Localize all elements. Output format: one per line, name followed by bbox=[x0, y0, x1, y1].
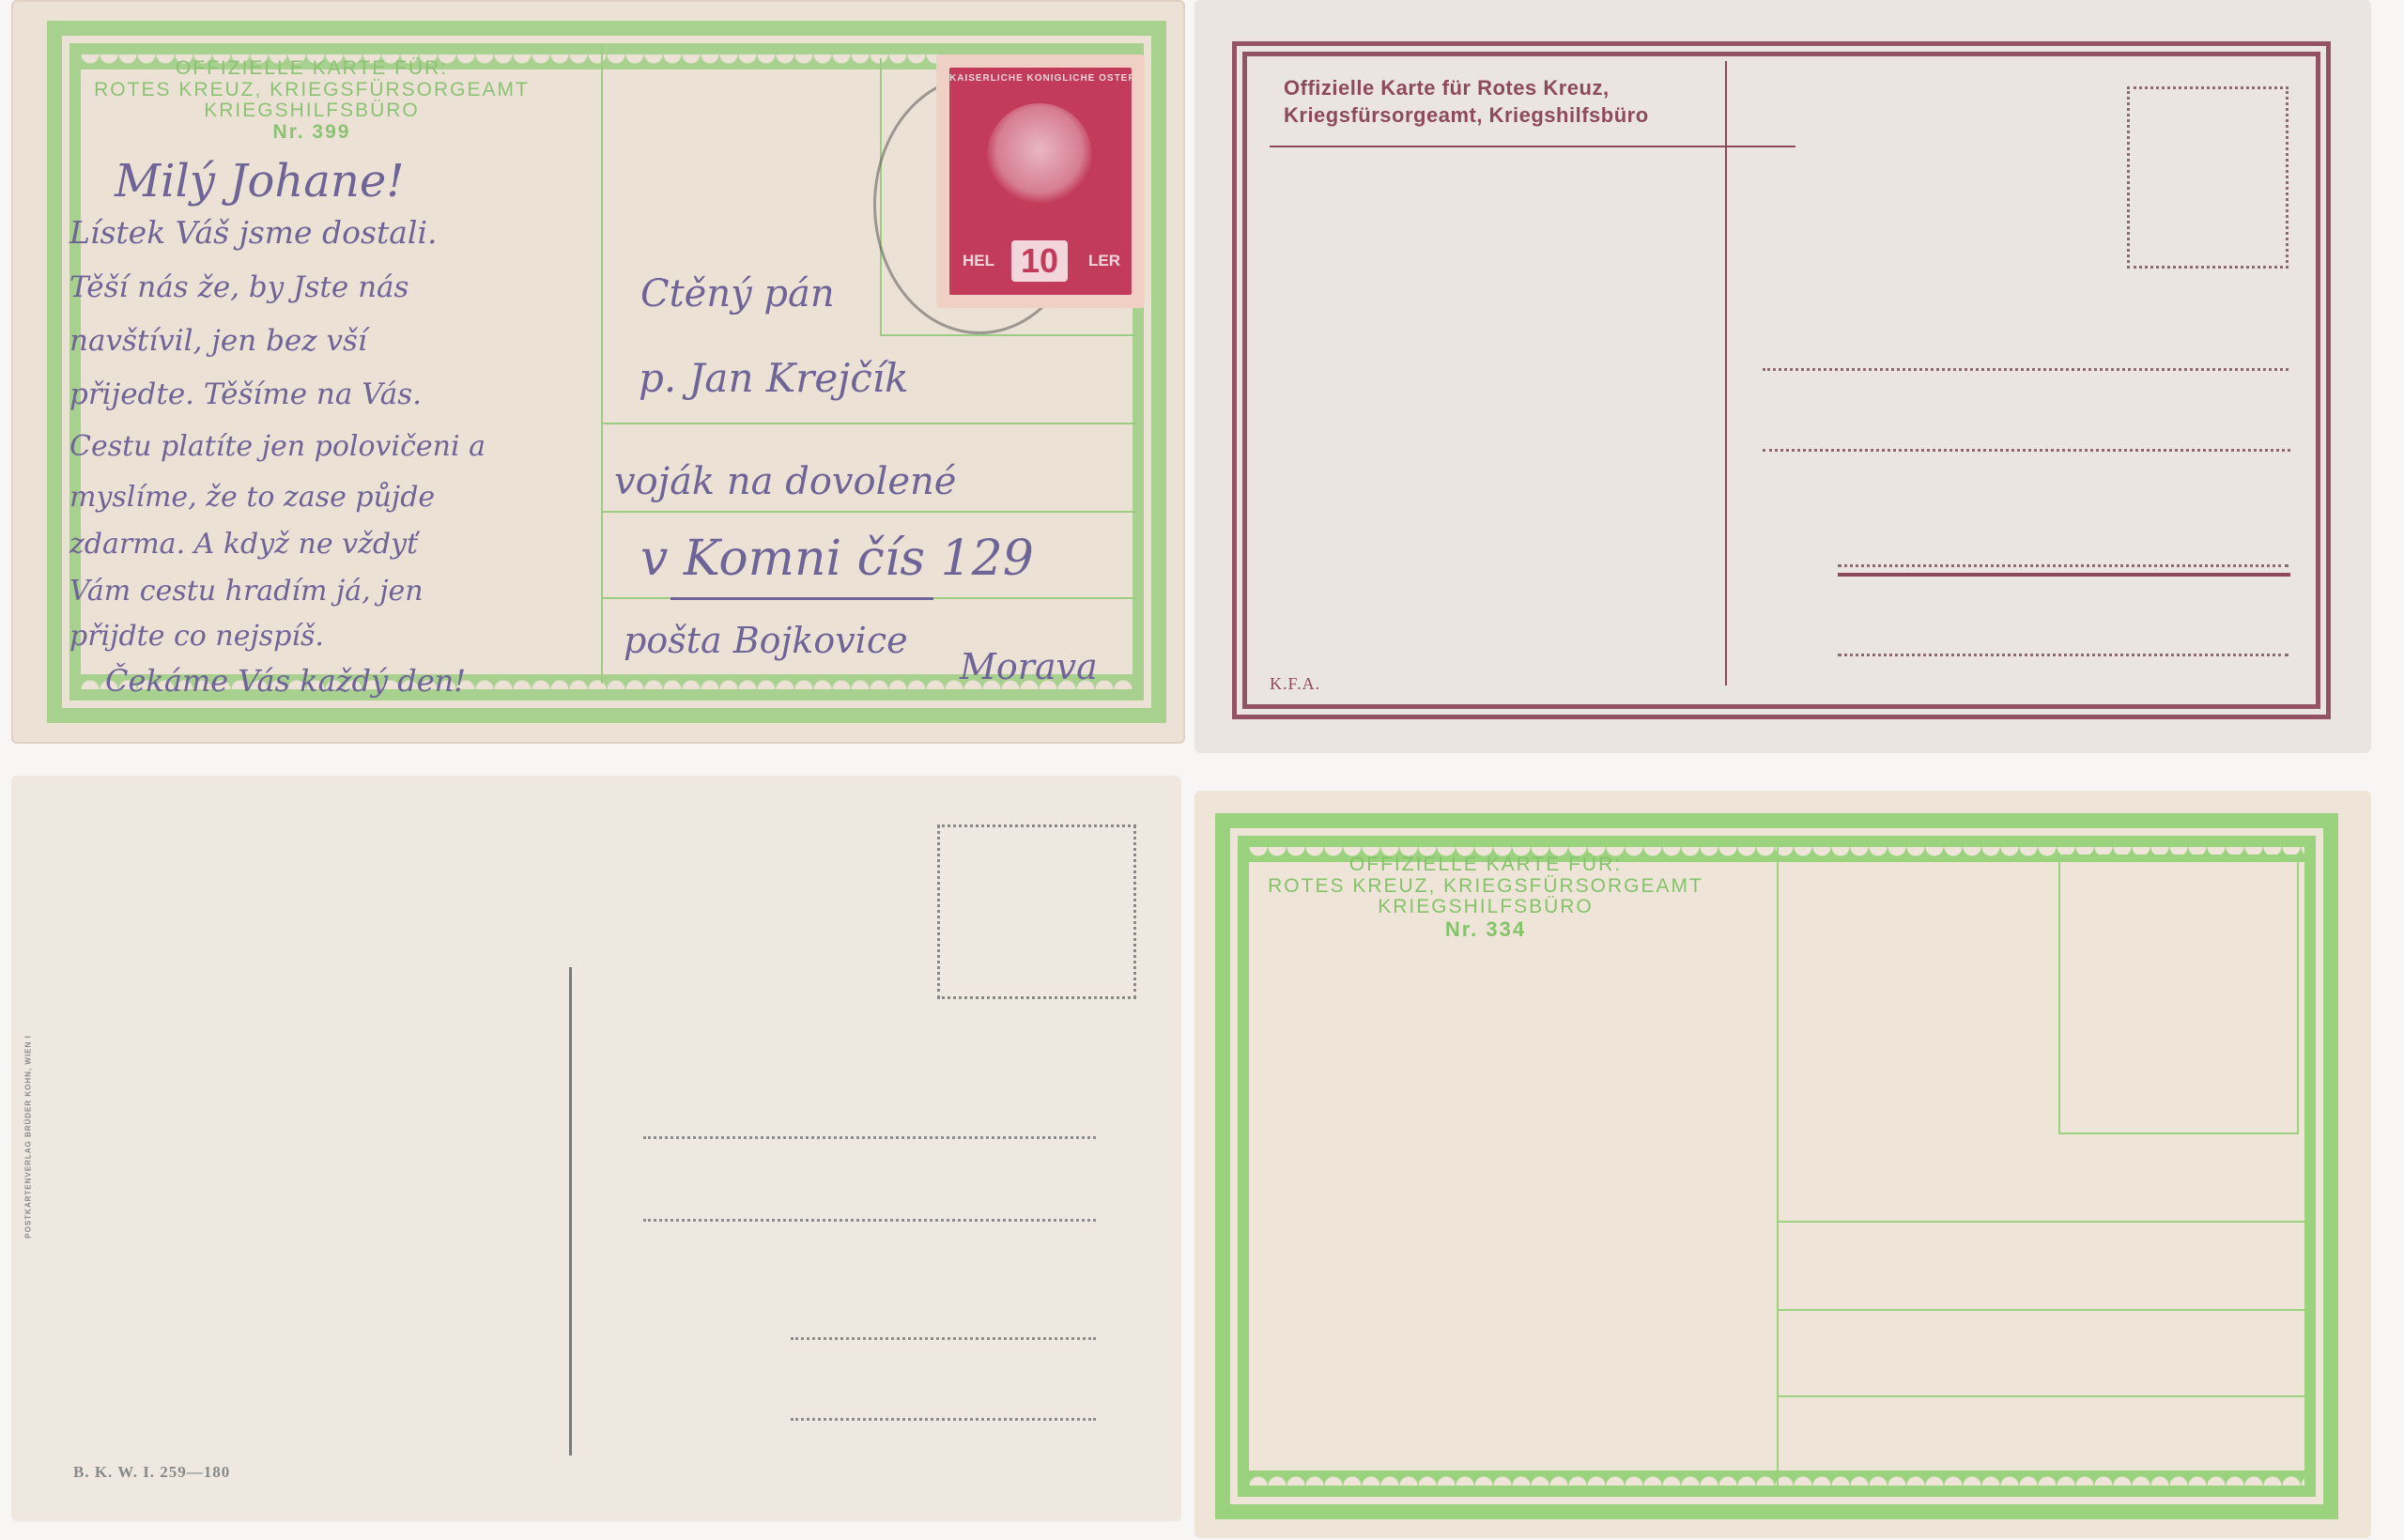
card-2-divider bbox=[1725, 61, 1727, 685]
card-2-header-line2: Kriegsfürsorgeamt, Kriegshilfsbüro bbox=[1284, 102, 1649, 130]
card-3-footer: B. K. W. I. 259—180 bbox=[73, 1463, 230, 1482]
card-4-number: Nr. 334 bbox=[1251, 918, 1720, 941]
card-1-header-line2: ROTES KREUZ, KRIEGSFÜRSORGEAMT bbox=[77, 80, 547, 101]
card-3-side-imprint: POSTKARTENVERLAG BRÜDER KOHN, WIEN I bbox=[24, 1035, 33, 1238]
card-3-stamp-box bbox=[937, 824, 1136, 999]
message-line: Cestu platíte jen polovičeni a bbox=[69, 430, 485, 463]
stamp-left-label: HEL bbox=[963, 252, 994, 270]
message-line: Milý Johane! bbox=[115, 155, 405, 208]
message-line: Lístek Váš jsme dostali. bbox=[69, 214, 438, 251]
postcard-4: OFFIZIELLE KARTE FÜR: ROTES KREUZ, KRIEG… bbox=[1194, 791, 2371, 1538]
address-underline bbox=[670, 597, 933, 600]
card-4-address-line-3 bbox=[1777, 1395, 2312, 1397]
card-2-address-line-2 bbox=[1763, 449, 2290, 452]
address-line: Ctěný pán bbox=[640, 272, 835, 316]
card-1-address-line-2 bbox=[601, 511, 1136, 513]
card-4-stamp-box bbox=[2058, 855, 2299, 1134]
postcard-3: POSTKARTENVERLAG BRÜDER KOHN, WIEN I B. … bbox=[11, 776, 1181, 1521]
message-line: myslíme, že to zase půjde bbox=[69, 481, 435, 514]
card-2-header-rule bbox=[1270, 146, 1795, 147]
card-1-divider bbox=[601, 45, 603, 684]
stamp-face: KAISERLICHE KÖNIGLICHE ÖSTERREICHISCHE P… bbox=[949, 68, 1132, 295]
card-4-header-line3: KRIEGSHILFSBÜRO bbox=[1251, 897, 1720, 918]
card-4-header-line2: ROTES KREUZ, KRIEGSFÜRSORGEAMT bbox=[1251, 876, 1720, 898]
card-2-address-line-3 bbox=[1838, 564, 2288, 567]
stamp-top-text: KAISERLICHE KÖNIGLICHE ÖSTERREICHISCHE P… bbox=[949, 73, 1132, 84]
card-2-address-rule bbox=[1838, 573, 2290, 577]
card-4-address-line-2 bbox=[1777, 1309, 2312, 1311]
card-3-address-line-2 bbox=[643, 1219, 1096, 1222]
card-2-stamp-box bbox=[2127, 86, 2288, 269]
message-line: přijdte co nejspíš. bbox=[69, 620, 324, 653]
stamp-value: 10 bbox=[1011, 240, 1068, 282]
card-1-header: OFFIZIELLE KARTE FÜR: ROTES KREUZ, KRIEG… bbox=[77, 58, 547, 144]
address-line: v Komni čís 129 bbox=[640, 531, 1034, 587]
stamp-right-label: LER bbox=[1088, 252, 1120, 270]
message-line: Těší nás že, by Jste nás bbox=[69, 270, 408, 304]
card-2-address-line-1 bbox=[1763, 368, 2288, 371]
card-2-address-line-4 bbox=[1838, 654, 2288, 656]
card-3-address-line-3 bbox=[791, 1337, 1096, 1340]
card-1-header-line1: OFFIZIELLE KARTE FÜR: bbox=[77, 58, 547, 80]
message-line: Čekáme Vás každý den! bbox=[105, 663, 466, 699]
address-line: Morava bbox=[960, 646, 1098, 687]
card-1-header-line3: KRIEGSHILFSBÜRO bbox=[77, 100, 547, 122]
card-4-divider bbox=[1777, 839, 1779, 1487]
postcard-2: Offizielle Karte für Rotes Kreuz, Kriegs… bbox=[1194, 0, 2371, 753]
card-1-address-line-1 bbox=[601, 423, 1136, 424]
message-line: zdarma. A když ne vždyť bbox=[69, 528, 418, 561]
address-line: p. Jan Krejčík bbox=[639, 355, 909, 401]
card-3-address-line-1 bbox=[643, 1136, 1096, 1139]
card-2-header: Offizielle Karte für Rotes Kreuz, Kriegs… bbox=[1284, 75, 1649, 129]
message-line: přijedte. Těšíme na Vás. bbox=[69, 377, 422, 411]
card-1-stampbox-bottom bbox=[880, 334, 1135, 336]
card-4-header: OFFIZIELLE KARTE FÜR: ROTES KREUZ, KRIEG… bbox=[1251, 855, 1720, 941]
card-2-header-line1: Offizielle Karte für Rotes Kreuz, bbox=[1284, 75, 1649, 102]
card-4-header-line1: OFFIZIELLE KARTE FÜR: bbox=[1251, 855, 1720, 876]
card-1-number: Nr. 399 bbox=[77, 122, 547, 144]
card-4-address-line-1 bbox=[1777, 1221, 2312, 1223]
card-3-divider bbox=[569, 967, 572, 1455]
card-2-footer: K.F.A. bbox=[1270, 674, 1320, 694]
postcard-1: OFFIZIELLE KARTE FÜR: ROTES KREUZ, KRIEG… bbox=[11, 0, 1185, 744]
message-line: navštívil, jen bez vší bbox=[69, 324, 367, 358]
card-3-address-line-4 bbox=[791, 1418, 1096, 1421]
address-line: pošta Bojkovice bbox=[624, 620, 908, 661]
message-line: Vám cestu hradím já, jen bbox=[69, 575, 424, 608]
crown-icon bbox=[987, 103, 1092, 207]
address-line: voják na dovolené bbox=[614, 460, 956, 503]
postage-stamp: KAISERLICHE KÖNIGLICHE ÖSTERREICHISCHE P… bbox=[936, 54, 1145, 308]
